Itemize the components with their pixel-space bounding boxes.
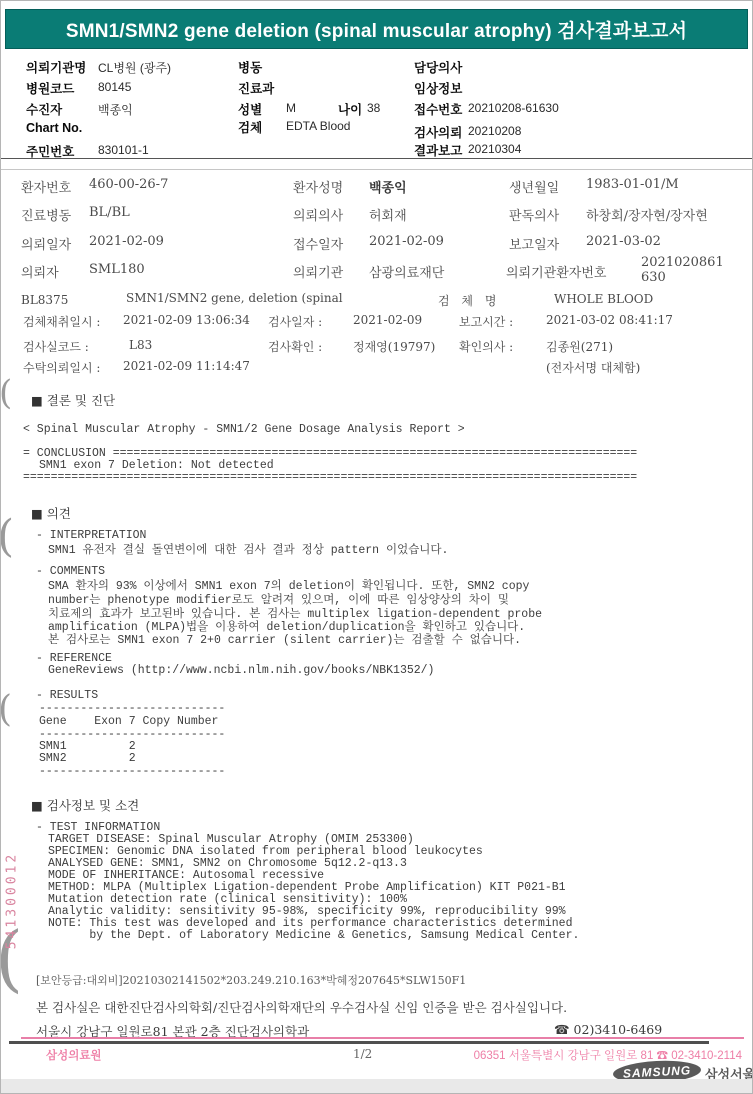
reviewing-doctor-label: 판독의사 [509,205,559,224]
page-number: 1/2 [353,1047,372,1061]
requesting-org-value: CL병원 (광주) [98,59,171,76]
ordering-doctor-label: 의뢰의사 [293,205,343,224]
test-date-label: 검사일자 : [268,313,322,330]
lab-code-label: 검사실코드 : [23,338,89,355]
ward-label: 병동 [238,58,262,76]
hospital-code-label: 병원코드 [26,79,74,97]
institution-patient-no-label: 의뢰기관환자번호 [506,262,606,281]
conclusion-divider: ========================================… [23,471,637,484]
test-requested-value: 20210208 [468,124,521,138]
patient-name-label: 환자성명 [293,177,343,196]
requesting-institution-value: 삼광의료재단 [369,262,444,281]
collection-datetime-label: 검체채취일시 : [23,313,100,330]
attending-doctor-label: 담당의사 [414,58,462,76]
requester-label: 의뢰자 [21,262,59,281]
report-date-label: 보고일자 [509,234,559,253]
request-date-value: 2021-02-09 [89,234,164,249]
test-name: SMN1/SMN2 gene, deletion (spinal [126,291,343,305]
comments-line: 본 검사로는 SMN1 exon 7 2+0 carrier (silent c… [48,631,521,647]
birthdate-value: 1983-01-01/M [586,177,679,192]
dark-divider-line [9,1041,709,1044]
report-title-bar: SMN1/SMN2 gene deletion (spinal muscular… [5,9,748,49]
conclusion-section-title: ■ 결론 및 진단 [31,391,115,409]
patient-id-value: 460-00-26-7 [89,177,168,192]
resident-no-value: 830101-1 [98,143,149,157]
referral-datetime-label: 수탁의뢰일시 : [23,359,100,376]
separator-dark [1,158,753,159]
results-table-row: SMN2 2 [39,752,136,765]
results-table-divider: --------------------------- [39,702,225,715]
scan-artifact: ( [0,511,14,562]
chart-no-label: Chart No. [26,121,82,135]
results-table-divider: --------------------------- [39,765,225,778]
sex-label: 성별 [238,100,262,118]
esignature-note: (전자서명 대체함) [546,359,640,376]
security-classification-line: [보안등급:대외비]20210302141502*203.249.210.163… [36,972,466,988]
lab-code-value: L83 [129,338,152,352]
confirming-doctor-label: 확인의사 : [459,338,513,355]
requester-value: SML180 [89,262,145,277]
receipt-no-label: 접수번호 [414,100,462,118]
result-report-value: 20210304 [468,142,521,156]
test-info-line: by the Dept. of Laboratory Medicine & Ge… [48,929,579,942]
patient-name-value: 백종익 [369,177,407,196]
test-verifier-label: 검사확인 : [268,338,322,355]
sex-value: M [286,101,296,115]
specimen-name-value: WHOLE BLOOD [554,292,653,306]
department-label: 진료과 [238,79,274,97]
test-date-value: 2021-02-09 [353,313,422,327]
receipt-date-label: 접수일자 [293,234,343,253]
referral-datetime-value: 2021-02-09 11:14:47 [123,359,250,373]
test-code: BL8375 [21,293,68,307]
footer-org-name: 삼성의료원 [46,1047,102,1063]
specimen-barcode-number: 541300012 [5,826,20,976]
care-ward-value: BL/BL [89,205,130,220]
report-title: SMN1/SMN2 gene deletion (spinal muscular… [66,16,687,43]
receipt-no-value: 20210208-61630 [468,101,559,115]
specimen-type-value: EDTA Blood [286,119,350,133]
request-date-label: 의뢰일자 [21,234,71,253]
requesting-institution-label: 의뢰기관 [293,262,343,281]
specimen-name-label: 검 체 명 [438,292,500,309]
lab-phone: ☎ 02)3410-6469 [554,1022,662,1037]
accreditation-statement: 본 검사실은 대한진단검사의학회/진단검사의학재단의 우수검사실 신임 인증을 … [36,998,567,1016]
test-verifier-value: 정재영(19797) [353,338,435,355]
report-date-value: 2021-03-02 [586,234,661,249]
report-subtitle: < Spinal Muscular Atrophy - SMN1/2 Gene … [23,423,465,436]
report-time-value: 2021-03-02 08:41:17 [546,313,673,327]
footer-address-right: 06351 서울특별시 강남구 일원로 81 ☎ 02-3410-2114 [474,1047,742,1063]
scan-artifact: ( [0,689,12,730]
birthdate-label: 생년월일 [509,177,559,196]
receipt-date-value: 2021-02-09 [369,234,444,249]
interpretation-text: SMN1 유전자 결실 돌연변이에 대한 검사 결과 정상 pattern 이었… [48,541,448,557]
examinee-label: 수진자 [26,100,62,118]
patient-id-label: 환자번호 [21,177,71,196]
test-info-section-title: ■ 검사정보 및 소견 [31,796,139,814]
scan-artifact: ( [0,373,12,413]
separator-light [1,169,753,170]
reviewing-doctor-value: 하창회/장자현/장자현 [586,205,708,224]
result-report-label: 결과보고 [414,141,462,159]
collection-datetime-value: 2021-02-09 13:06:34 [123,313,250,327]
hospital-code-value: 80145 [98,80,131,94]
test-requested-label: 검사의뢰 [414,123,462,141]
examinee-value: 백종익 [98,101,133,118]
reference-text: GeneReviews (http://www.ncbi.nlm.nih.gov… [48,664,434,677]
age-label: 나이 [338,100,362,118]
results-title: - RESULTS [36,689,98,702]
ordering-doctor-value: 허회재 [369,205,407,224]
clinical-info-label: 임상정보 [414,79,462,97]
institution-patient-no-value: 2021020861630 [641,256,727,286]
specimen-type-label: 검체 [238,118,262,136]
report-page: SMN1/SMN2 gene deletion (spinal muscular… [0,0,753,1094]
care-ward-label: 진료병동 [21,205,71,224]
opinion-section-title: ■ 의견 [31,504,71,522]
results-table-header: Gene Exon 7 Copy Number [39,715,218,728]
confirming-doctor-value: 김종원(271) [546,338,613,355]
requesting-org-label: 의뢰기관명 [26,58,86,76]
scan-bottom-strip [1,1079,753,1094]
pink-divider-line [21,1037,744,1039]
report-time-label: 보고시간 : [459,313,513,330]
age-value: 38 [367,101,380,115]
